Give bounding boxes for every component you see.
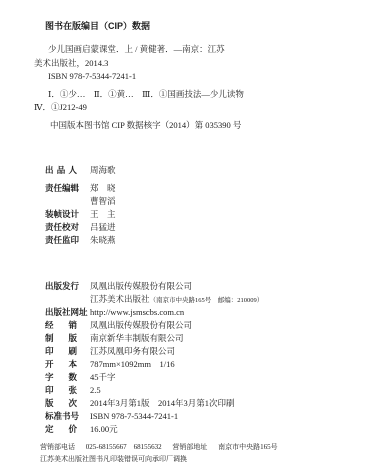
publication-value: 16.00元 — [90, 423, 118, 435]
publication-row: 制版 南京新华丰制版有限公司 — [45, 332, 369, 345]
marketing-phone-numbers: 025-68155667 68155632 — [86, 443, 162, 451]
staff-value: 吕猛进 — [90, 221, 116, 233]
publication-label: 版次 — [45, 397, 77, 409]
publication-label: 制版 — [45, 332, 77, 344]
cip-record-line: 中国版本图书馆 CIP 数据核字（2014）第 035390 号 — [50, 119, 361, 133]
staff-row: 责任编辑 郑 晓 — [45, 182, 361, 195]
publication-row: 标准书号 ISBN 978-7-5344-7241-1 — [45, 410, 369, 423]
marketing-phone-label: 营销部电话 — [40, 443, 75, 451]
publication-label: 定价 — [45, 423, 77, 435]
publication-row: 出版社网址 http://www.jsmscbs.com.cn — [45, 306, 369, 319]
marketing-contact-line: 营销部电话 025-68155667 68155632 营销部地址 南京市中央路… — [40, 441, 369, 453]
staff-value: 朱晓燕 — [90, 234, 116, 246]
publication-row: 印刷 江苏凤凰印务有限公司 — [45, 345, 369, 358]
publication-value: 凤凰出版传媒股份有限公司 — [90, 280, 192, 292]
publication-row: 出版发行 凤凰出版传媒股份有限公司 — [45, 280, 369, 293]
staff-row: 责任校对 吕猛进 — [45, 221, 361, 234]
staff-label: 责任编辑 — [45, 182, 77, 194]
cip-isbn-line: ISBN 978-7-5344-7241-1 — [48, 70, 361, 84]
staff-value: 周海歌 — [90, 164, 116, 176]
publisher-website-text: http://www.jsmscbs.com.cn — [90, 307, 184, 317]
cip-title-line-1: 少儿国画启蒙课堂．上 / 黄健著．—南京：江苏 — [48, 43, 361, 57]
publication-label: 印张 — [45, 384, 77, 396]
publication-value: 2.5 — [90, 385, 101, 395]
cip-classification-line-2: Ⅳ．①J212-49 — [34, 101, 361, 115]
publication-label: 标准书号 — [45, 410, 77, 422]
publication-row: 版次 2014年3月第1版 2014年3月第1次印刷 — [45, 397, 369, 410]
publication-label: 印刷 — [45, 345, 77, 357]
staff-value: 王 主 — [90, 208, 116, 220]
staff-label: 责任监印 — [45, 234, 77, 246]
publication-row: 开本 787mm×1092mm 1/16 — [45, 358, 369, 371]
publication-row: 经销 凤凰出版传媒股份有限公司 — [45, 319, 369, 332]
publication-label: 开本 — [45, 358, 77, 370]
cip-classification-line-1: Ⅰ．①少… Ⅱ．①黄… Ⅲ．①国画技法—少儿读物 — [48, 88, 361, 102]
cip-header: 图书在版编目（CIP）数据 — [45, 21, 361, 31]
publisher-address-note: （南京市中央路165号 邮编：210009） — [150, 295, 264, 304]
publication-row: 印张 2.5 — [45, 384, 369, 397]
footer-notes-block: 营销部电话 025-68155667 68155632 营销部地址 南京市中央路… — [40, 441, 369, 465]
publication-value: 787mm×1092mm 1/16 — [90, 358, 175, 370]
publication-label: 字数 — [45, 371, 77, 383]
publication-row: 江苏美术出版社 （南京市中央路165号 邮编：210009） — [45, 293, 369, 306]
publication-value: 2014年3月第1版 2014年3月第1次印刷 — [90, 397, 235, 409]
staff-value: 曹智滔 — [90, 195, 116, 207]
publication-row: 字数 45千字 — [45, 371, 369, 384]
staff-credits-block: 出品人 周海歌 责任编辑 郑 晓 曹智滔 装帧设计 王 主 责任校对 吕猛进 责… — [45, 164, 361, 247]
staff-row: 曹智滔 — [45, 195, 361, 208]
marketing-address: 南京市中央路165号 — [218, 443, 278, 451]
cip-title-line-2: 美术出版社，2014.3 — [34, 57, 361, 71]
book-copyright-page: 图书在版编目（CIP）数据 少儿国画启蒙课堂．上 / 黄健著．—南京：江苏 美术… — [0, 0, 375, 469]
staff-row: 装帧设计 王 主 — [45, 208, 361, 221]
marketing-address-label: 营销部地址 — [172, 443, 207, 451]
staff-label: 责任校对 — [45, 221, 77, 233]
staff-row: 出品人 周海歌 — [45, 164, 361, 177]
publication-value: 江苏美术出版社 — [90, 293, 150, 305]
staff-row: 责任监印 朱晓燕 — [45, 234, 361, 247]
publication-value: 凤凰出版传媒股份有限公司 — [90, 319, 192, 331]
publication-value: ISBN 978-7-5344-7241-1 — [90, 411, 178, 421]
staff-label: 出品人 — [45, 164, 77, 176]
publication-value: 江苏凤凰印务有限公司 — [90, 345, 175, 357]
staff-value: 郑 晓 — [90, 182, 116, 194]
publication-label: 经销 — [45, 319, 77, 331]
publication-info-block: 出版发行 凤凰出版传媒股份有限公司 江苏美术出版社 （南京市中央路165号 邮编… — [45, 280, 369, 436]
publication-label: 出版发行 — [45, 280, 77, 292]
staff-label: 装帧设计 — [45, 208, 77, 220]
publication-row: 定价 16.00元 — [45, 423, 369, 436]
publication-value: 45千字 — [90, 371, 116, 383]
misprint-exchange-notice: 江苏美术出版社图书凡印装错误可向承印厂调换 — [40, 453, 369, 465]
cip-data-block: 图书在版编目（CIP）数据 少儿国画启蒙课堂．上 / 黄健著．—南京：江苏 美术… — [45, 21, 361, 132]
publication-value: 南京新华丰制版有限公司 — [90, 332, 184, 344]
publication-label: 出版社网址 — [45, 306, 77, 318]
